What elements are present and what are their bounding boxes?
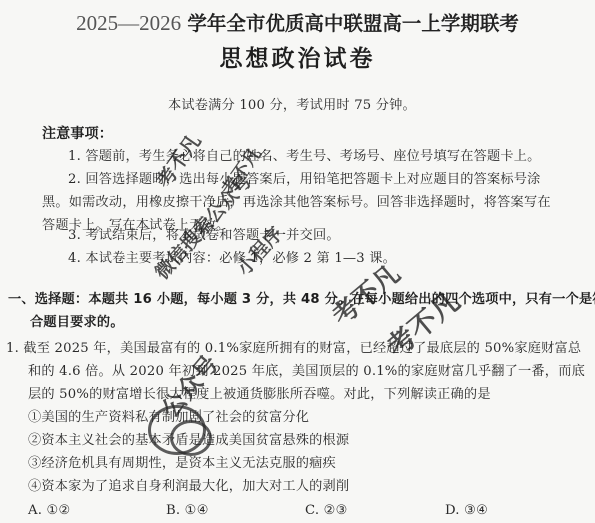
question-stem: 和的 4.6 倍。从 2020 年初到 2025 年底，美国顶层的 0.1%的家… — [28, 365, 585, 378]
note-item: 4. 本试卷主要考试内容：必修 1，必修 2 第 1—3 课。 — [68, 252, 396, 265]
exam-title-text: 学年全市优质高中联盟高一上学期联考 — [187, 12, 519, 35]
wechat-logo-icon — [170, 420, 212, 456]
note-item: 3. 考试结束后，将本试卷和答题卡一并交回。 — [68, 229, 340, 242]
subject-title: 思想政治试卷 — [0, 40, 595, 73]
option-a: A. ①② — [28, 504, 71, 517]
option-b: B. ①④ — [166, 504, 209, 517]
statement: ③经济危机具有周期性，是资本主义无法克服的痼疾 — [28, 457, 336, 470]
notes-heading: 注意事项： — [42, 127, 113, 141]
section-heading: 一、选择题：本题共 16 小题，每小题 3 分，共 48 分。在每小题给出的四个… — [8, 293, 595, 306]
note-item: 2. 回答选择题时，选出每小题答案后，用铅笔把答题卡上对应题目的答案标号涂 — [68, 173, 541, 186]
question-stem: 层的 50%的财富增长很大程度上被通货膨胀所吞噬。对此，下列解读正确的是 — [28, 388, 491, 401]
note-item: 1. 答题前，考生务必将自己的姓名、考生号、考场号、座位号填写在答题卡上。 — [68, 150, 541, 163]
section-heading-cont: 合题目要求的。 — [30, 316, 124, 329]
note-item: 黑。如需改动，用橡皮擦干净后，再选涂其他答案标号。回答非选择题时，将答案写在 — [42, 196, 551, 209]
year-range: 2025—2026 — [76, 11, 181, 35]
exam-info: 本试卷满分 100 分，考试用时 75 分钟。 — [168, 99, 416, 112]
exam-title: 2025—2026 学年全市优质高中联盟高一上学期联考 — [0, 8, 595, 36]
option-d: D. ③④ — [445, 504, 488, 517]
option-c: C. ②③ — [305, 504, 348, 517]
question-stem: 1. 截至 2025 年，美国最富有的 0.1%家庭所拥有的财富，已经超过了最底… — [6, 342, 581, 355]
statement: ④资本家为了追求自身利润最大化，加大对工人的剥削 — [28, 480, 349, 493]
exam-page: 2025—2026 学年全市优质高中联盟高一上学期联考 思想政治试卷 本试卷满分… — [0, 0, 595, 523]
